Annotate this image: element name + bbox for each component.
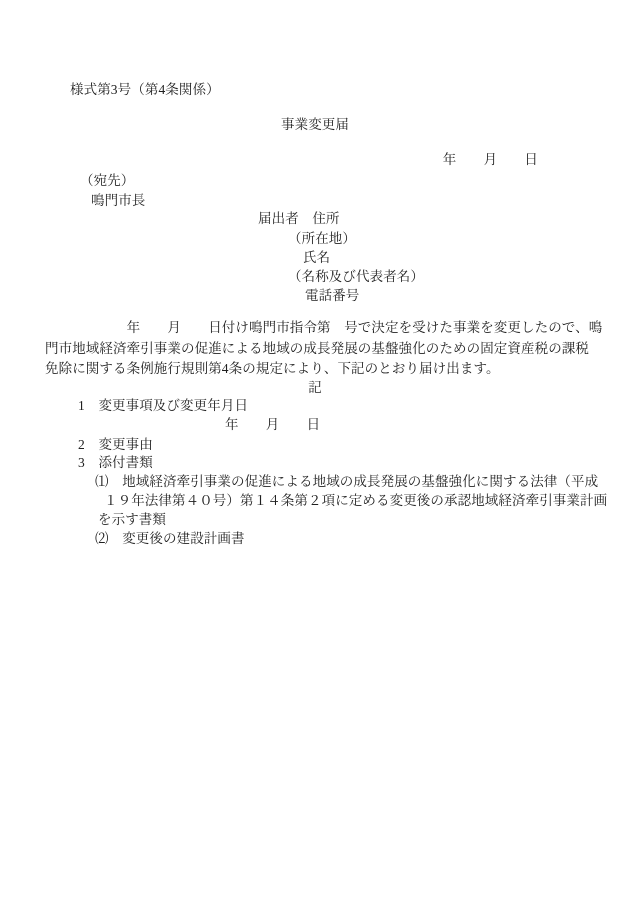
- body-paragraph-line-1: 年 月 日付け鳴門市指令第 号で決定を受けた事業を変更したので、鳴: [45, 320, 602, 335]
- item-3-label: 3 添付書類: [78, 455, 153, 470]
- item-1-label: 1 変更事項及び変更年月日: [78, 398, 248, 413]
- submitter-address-label: 届出者 住所: [258, 211, 340, 226]
- item-3-sub-2: ⑵ 変更後の建設計画書: [95, 531, 245, 546]
- document-page: 様式第3号（第4条関係） 事業変更届 年 月 日 （宛先） 鳴門市長 届出者 住…: [0, 0, 630, 903]
- submitter-name-label: 氏名: [303, 250, 330, 265]
- addressee-label: （宛先）: [80, 173, 134, 188]
- body-paragraph-line-2: 門市地域経済牽引事業の促進による地域の成長発展の基盤強化のための固定資産税の課税: [45, 341, 589, 356]
- item-3-sub-1-line-1: ⑴ 地域経済牽引事業の促進による地域の成長発展の基盤強化に関する法律（平成: [95, 474, 598, 489]
- ki-heading: 記: [0, 380, 630, 395]
- date-line: 年 月 日: [443, 152, 538, 167]
- submitter-location-label: （所在地）: [288, 231, 356, 246]
- body-paragraph-line-3: 免除に関する条例施行規則第4条の規定により、下記のとおり届け出ます。: [45, 361, 500, 376]
- item-3-sub-1-line-2: １９年法律第４０号）第１４条第２項に定める変更後の承認地域経済牽引事業計画: [104, 493, 607, 508]
- addressee-name: 鳴門市長: [91, 193, 145, 208]
- document-title: 事業変更届: [0, 117, 630, 132]
- submitter-representative-label: （名称及び代表者名）: [288, 269, 424, 284]
- item-2-label: 2 変更事由: [78, 437, 153, 452]
- item-1-date-line: 年 月 日: [225, 417, 320, 432]
- item-3-sub-1-line-3: を示す書類: [98, 512, 166, 527]
- submitter-phone-label: 電話番号: [305, 288, 359, 303]
- form-number: 様式第3号（第4条関係）: [70, 82, 220, 97]
